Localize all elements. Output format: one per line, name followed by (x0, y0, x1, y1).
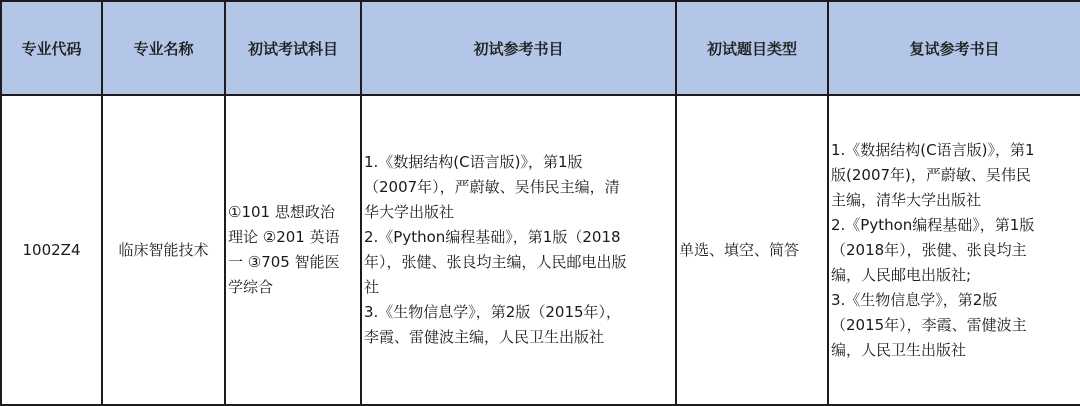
initial-books-line: 3.《生物信息学》，第2版（2015年）， (364, 300, 673, 325)
header-exam-subjects: 初试考试科目 (225, 1, 361, 95)
admissions-table: 专业代码 专业名称 初试考试科目 初试参考书目 初试题目类型 复试参考书目 10… (0, 0, 1080, 406)
header-row: 专业代码 专业名称 初试考试科目 初试参考书目 初试题目类型 复试参考书目 (1, 1, 1080, 95)
exam-subjects-line: 一 ③705 智能医 (228, 250, 358, 275)
header-retest-books: 复试参考书目 (828, 1, 1080, 95)
header-question-types: 初试题目类型 (676, 1, 828, 95)
retest-books-line: （2018年），张健、张良均主 (831, 238, 1078, 263)
initial-books-line: 李霞、雷健波主编，人民卫生出版社 (364, 325, 673, 350)
exam-subjects-line: ①101 思想政治 (228, 200, 358, 225)
retest-books-line: 主编，清华大学出版社 (831, 188, 1078, 213)
retest-books-line: 版(2007年)，严蔚敏、吴伟民 (831, 163, 1078, 188)
retest-books-line: （2015年），李霞、雷健波主 (831, 313, 1078, 338)
cell-major-name: 临床智能技术 (102, 95, 225, 405)
initial-books-line: 华大学出版社 (364, 200, 673, 225)
retest-books-line: 1.《数据结构(C语言版)》，第1 (831, 138, 1078, 163)
cell-exam-subjects: ①101 思想政治 理论 ②201 英语 一 ③705 智能医 学综合 (225, 95, 361, 405)
cell-retest-books: 1.《数据结构(C语言版)》，第1 版(2007年)，严蔚敏、吴伟民 主编，清华… (828, 95, 1080, 405)
header-major-code: 专业代码 (1, 1, 102, 95)
cell-initial-books: 1.《数据结构(C语言版)》，第1版 （2007年），严蔚敏、吴伟民主编，清 华… (361, 95, 676, 405)
initial-books-line: 社 (364, 275, 673, 300)
initial-books-line: 1.《数据结构(C语言版)》，第1版 (364, 150, 673, 175)
retest-books-line: 编，人民邮电出版社; (831, 263, 1078, 288)
initial-books-line: （2007年），严蔚敏、吴伟民主编，清 (364, 175, 673, 200)
retest-books-line: 2.《Python编程基础》，第1版 (831, 213, 1078, 238)
retest-books-line: 3.《生物信息学》，第2版 (831, 288, 1078, 313)
header-initial-books: 初试参考书目 (361, 1, 676, 95)
exam-subjects-line: 理论 ②201 英语 (228, 225, 358, 250)
initial-books-line: 年），张健、张良均主编，人民邮电出版 (364, 250, 673, 275)
header-major-name: 专业名称 (102, 1, 225, 95)
table-row: 1002Z4 临床智能技术 ①101 思想政治 理论 ②201 英语 一 ③70… (1, 95, 1080, 405)
cell-major-code: 1002Z4 (1, 95, 102, 405)
initial-books-line: 2.《Python编程基础》，第1版（2018 (364, 225, 673, 250)
cell-question-types: 单选、填空、简答 (676, 95, 828, 405)
retest-books-line: 编，人民卫生出版社 (831, 338, 1078, 363)
exam-subjects-line: 学综合 (228, 275, 358, 300)
